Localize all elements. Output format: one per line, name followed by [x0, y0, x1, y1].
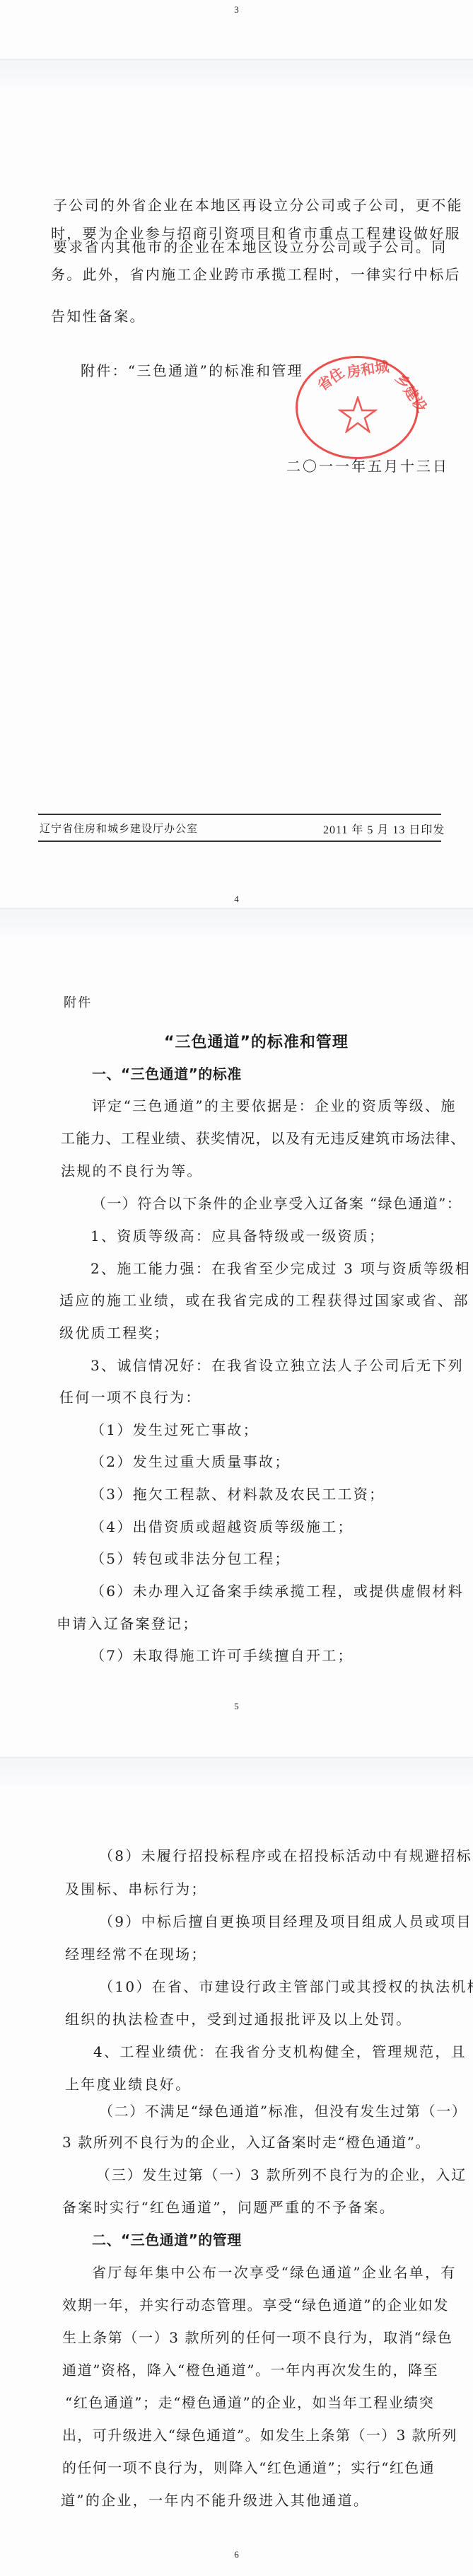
paragraph-line: （一）符合以下条件的企业享受入辽备案 “绿色通道”：: [92, 1195, 462, 1212]
list-item: （2）发生过重大质量事故；: [90, 1453, 291, 1470]
list-item: （7）未取得施工许可手续擅自开工；: [90, 1647, 354, 1664]
issuer-name: 辽宁省住房和城乡建设厅办公室: [40, 821, 198, 836]
list-item-cont: 组织的执法检查中，受到过通报批评及以上处罚。: [65, 2011, 412, 2028]
page-edge-shadow: [0, 1757, 473, 1786]
list-item: （6）未办理入辽备案手续承揽工程，或提供虚假材料: [90, 1583, 464, 1600]
list-item-cont: 及围标、串标行为；: [65, 1881, 207, 1898]
list-item: 2、施工能力强：在我省至少完成过 3 项与资质等级相: [90, 1260, 471, 1277]
list-item: 3、诚信情况好：在我省设立独立法人子公司后无下列: [90, 1357, 464, 1374]
section-heading: 一、“三色通道”的标准: [92, 1065, 242, 1082]
paragraph-line: 备案时实行“红色通道”，问题严重的不予备案。: [62, 2199, 395, 2216]
paragraph-line: 子公司的外省企业在本地区再设立分公司或子公司，更不能: [53, 197, 463, 214]
attachment-note: 附件：“三色通道”的标准和管理: [81, 362, 303, 379]
paragraph-line: “红色通道”；走“橙色通道”的企业，如当年工程业绩突: [65, 2394, 435, 2411]
paragraph-line: 3 款所列不良行为的企业，入辽备案时走“橙色通道”。: [62, 2134, 431, 2151]
list-item: （9）中标后擅自更换项目经理及项目组成人员或项目: [99, 1913, 472, 1930]
list-item-cont: 适应的施工业绩，或在我省完成的工程获得过国家或省、部: [59, 1292, 469, 1309]
page-number: 6: [0, 2549, 473, 2560]
paragraph-line: （二）不满足“绿色通道”标准，但没有发生过第（一）: [99, 2103, 467, 2120]
list-item: （1）发生过死亡事故；: [90, 1421, 259, 1438]
paragraph-line: 通道”资格，降入“橙色通道”。一年内再次发生的，降至: [62, 2362, 438, 2379]
paragraph-line: 评定“三色通道”的主要依据是：企业的资质等级、施: [92, 1097, 457, 1114]
paragraph-line: 道”的企业，一年内不能升级进入其他通道。: [61, 2492, 369, 2509]
footer-bottom-rule: [38, 841, 441, 842]
section-heading: 二、“三色通道”的管理: [92, 2231, 242, 2248]
document-date: 二〇一一年五月十三日: [286, 458, 449, 475]
footer-top-rule: [38, 814, 441, 815]
list-item: （8）未履行招投标程序或在招投标活动中有规避招标: [99, 1847, 472, 1864]
paragraph-line: 生上条第（一）3 款所列的任何一项不良行为，取消“绿色: [62, 2329, 453, 2346]
paragraph-line: 的任何一项不良行为，则降入“红色通道”；实行“红色通: [62, 2459, 435, 2476]
page-number: 5: [0, 1701, 473, 1712]
page-number: 3: [0, 4, 473, 16]
list-item-cont: 申请入辽备案登记；: [57, 1615, 199, 1632]
list-item: （3）拖欠工程款、材料款及农民工工资；: [90, 1486, 385, 1503]
page-edge-shadow: [0, 908, 473, 937]
document-title: “三色通道”的标准和管理: [164, 1034, 349, 1051]
page-edge-shadow: [0, 59, 473, 88]
paragraph-line: 工能力、工程业绩、获奖情况，以及有无违反建筑市场法律、: [61, 1130, 465, 1147]
issue-date: 2011 年 5 月 13 日印发: [323, 821, 445, 837]
paragraph-line: 效期一年，并实行动态管理。享受“绿色通道”的企业如发: [62, 2297, 449, 2314]
page-number: 4: [0, 894, 473, 905]
paragraph-line: 出，可升级进入“绿色通道”。如发生上条第（一）3 款所列: [62, 2427, 457, 2444]
paragraph-line: 省厅每年集中公布一次享受“绿色通道”企业名单，有: [92, 2264, 457, 2281]
list-item-cont: 级优质工程奖；: [59, 1324, 170, 1341]
list-item: 4、工程业绩优：在我省分支机构健全，管理规范，且: [93, 2043, 467, 2060]
paragraph-line: 时，要为企业参与招商引资项目和省市重点工程建设做好服: [51, 225, 461, 242]
star-icon: [338, 396, 378, 433]
paragraph-line: 告知性备案。: [51, 308, 146, 325]
list-item: （10）在省、市建设行政主管部门或其授权的执法机构: [99, 1978, 473, 1995]
list-item-cont: 任何一项不良行为：: [59, 1389, 202, 1406]
list-item: （4）出借资质或超越资质等级施工；: [90, 1518, 354, 1535]
list-item: （5）转包或非法分包工程；: [90, 1550, 291, 1567]
paragraph-line: （三）发生过第（一）3 款所列不良行为的企业，入辽: [96, 2166, 467, 2183]
paragraph-line: 务。此外，省内施工企业跨市承揽工程时，一律实行中标后: [51, 266, 461, 283]
list-item-cont: 经理经常不在现场；: [65, 1946, 207, 1963]
attachment-label: 附件: [64, 995, 93, 1012]
paragraph-line: 法规的不良行为等。: [61, 1162, 203, 1179]
list-item: 1、资质等级高：应具备特级或一级资质；: [90, 1228, 385, 1244]
list-item-cont: 上年度业绩良好。: [65, 2076, 191, 2093]
